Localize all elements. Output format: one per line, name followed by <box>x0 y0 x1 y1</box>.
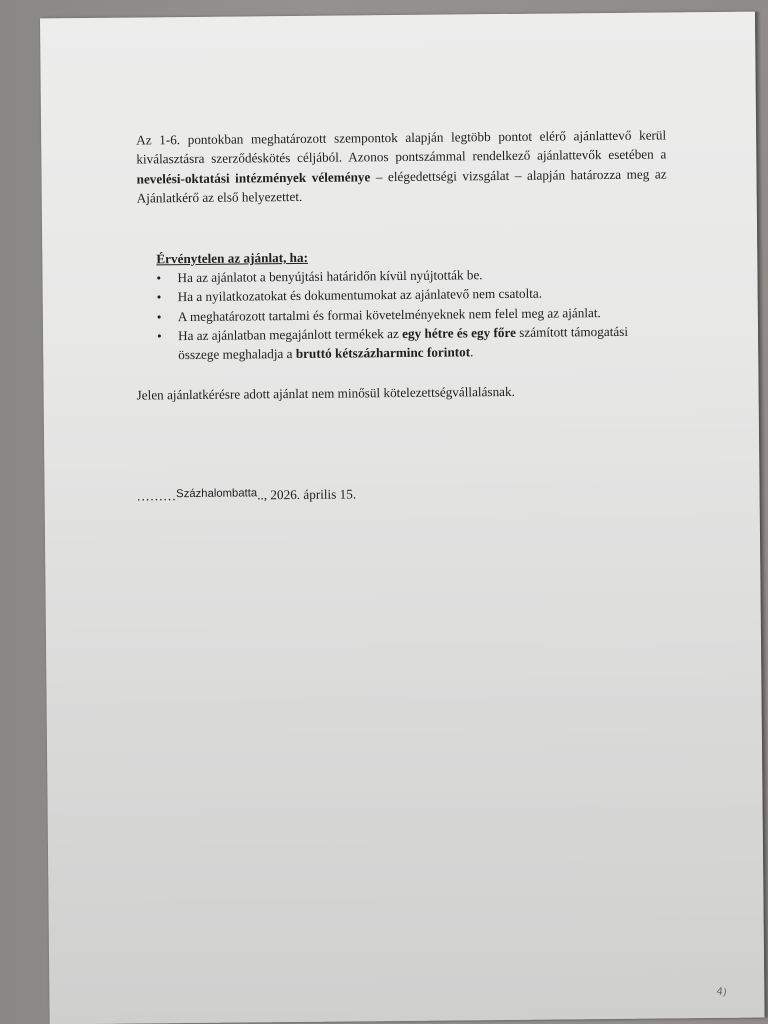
list-item-bold-text: bruttó kétszázharminc forintot <box>296 345 470 362</box>
invalid-offer-heading: Érvénytelen az ajánlat, ha: <box>156 248 308 269</box>
list-item: •Ha az ajánlatban megajánlott termékek a… <box>157 321 672 365</box>
list-item-text: Ha az ajánlatot a benyújtási határidőn k… <box>177 267 482 285</box>
list-item-text: Ha a nyilatkozatokat és dokumentumokat a… <box>178 286 542 304</box>
evaluation-paragraph: Az 1-6. pontokban meghatározott szempont… <box>136 125 667 207</box>
invalid-conditions-list: •Ha az ajánlatot a benyújtási határidőn … <box>156 263 672 364</box>
bullet-icon: • <box>156 268 161 287</box>
list-item-text: Ha az ajánlatban megajánlott termékek az <box>178 326 402 343</box>
handwritten-page-number: 4) <box>716 986 728 999</box>
paper-edge-shadow <box>755 12 768 1018</box>
city-name: Százhalombatta <box>176 487 257 500</box>
date-text: , 2026. április 15. <box>264 486 356 502</box>
bullet-icon: • <box>157 326 162 345</box>
dotted-line: ……… <box>137 488 177 503</box>
non-commitment-paragraph: Jelen ajánlatkérésre adott ajánlat nem m… <box>137 382 515 405</box>
list-item-bold-text: egy hétre és egy főre <box>402 325 516 341</box>
bullet-icon: • <box>157 288 162 307</box>
paragraph-bold-text: nevelési-oktatási intézmények véleménye <box>136 169 370 186</box>
place-date-line: ………Százhalombatta.., 2026. április 15. <box>137 484 357 507</box>
paper-sheet: Az 1-6. pontokban meghatározott szempont… <box>40 12 765 1024</box>
bullet-icon: • <box>157 307 162 326</box>
list-item-text: A meghatározott tartalmi és formai követ… <box>178 305 601 324</box>
list-item-text: . <box>470 344 473 359</box>
paragraph-text: Az 1-6. pontokban meghatározott szempont… <box>136 127 666 166</box>
